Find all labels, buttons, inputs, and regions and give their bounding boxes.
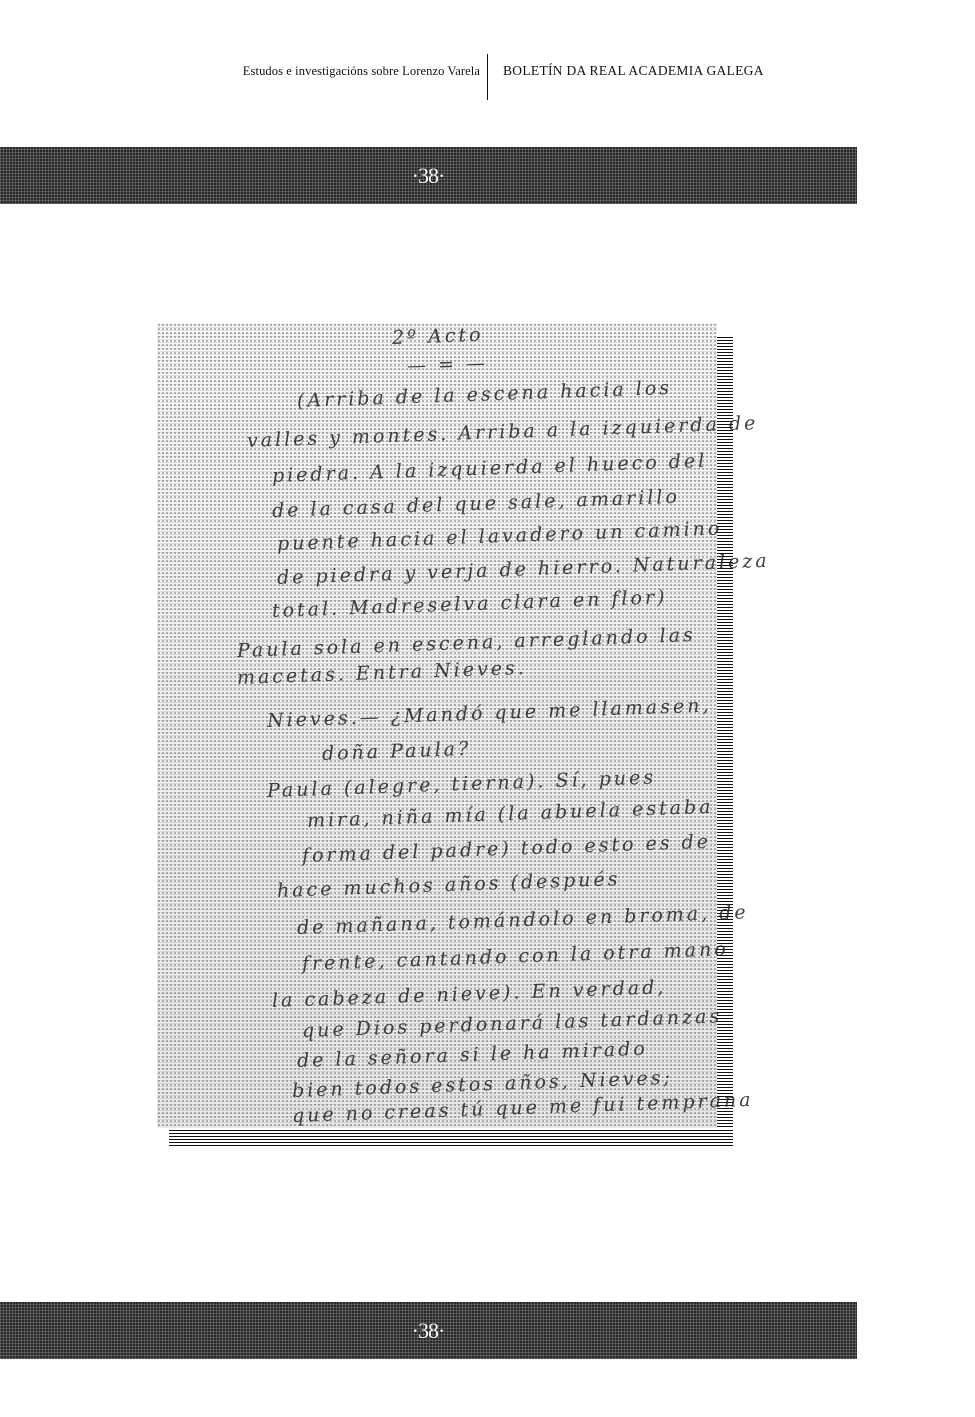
manuscript-line: puente hacia el lavadero un camino xyxy=(277,517,723,555)
manuscript-line: mira, niña mía (la abuela estaba xyxy=(307,796,714,832)
manuscript-line: total. Madreselva clara en flor) xyxy=(272,586,668,622)
manuscript-line: forma del padre) todo esto es de xyxy=(302,831,712,867)
manuscript-line: doña Paula? xyxy=(322,738,472,765)
manuscript-line: que Dios perdonará las tardanzas xyxy=(302,1005,723,1042)
manuscript-line: hace muchos años (después xyxy=(277,868,621,902)
bottom-page-number-band: ·38· xyxy=(0,1302,857,1359)
manuscript-facsimile: 2º Acto— = —(Arriba de la escena hacia l… xyxy=(157,323,733,1148)
manuscript-line: Nieves.— ¿Mandó que me llamasen, xyxy=(267,694,712,732)
page-number-bottom: ·38· xyxy=(412,1318,445,1344)
manuscript-line: macetas. Entra Nieves. xyxy=(237,657,528,689)
scan-shadow-bottom xyxy=(169,1128,733,1146)
manuscript-line: de piedra y verja de hierro. Naturaleza xyxy=(277,550,770,589)
manuscript-line: Paula sola en escena, arreglando las xyxy=(237,624,696,662)
manuscript-line: piedra. A la izquierda el hueco del xyxy=(272,450,708,487)
manuscript-line: la cabeza de nieve). En verdad, xyxy=(272,976,667,1012)
running-head-divider xyxy=(487,54,488,100)
manuscript-line: de la casa del que sale, amarillo xyxy=(272,486,681,522)
manuscript-line: frente, cantando con la otra mano xyxy=(302,938,729,975)
page-number-top: ·38· xyxy=(412,163,445,189)
running-head-title-left: Estudos e investigacións sobre Lorenzo V… xyxy=(243,64,480,79)
running-head-journal: BOLETÍN DA REAL ACADEMIA GALEGA xyxy=(503,63,764,79)
manuscript-line: de mañana, tomándolo en broma, de xyxy=(297,901,749,939)
top-page-number-band: ·38· xyxy=(0,147,857,204)
manuscript-text: 2º Acto— = —(Arriba de la escena hacia l… xyxy=(157,323,717,1128)
manuscript-line: — = — xyxy=(407,352,489,377)
running-head: Estudos e investigacións sobre Lorenzo V… xyxy=(0,52,975,100)
manuscript-line: (Arriba de la escena hacia los xyxy=(297,377,673,412)
manuscript-line: 2º Acto xyxy=(392,324,484,349)
manuscript-line: de la señora si le ha mirado xyxy=(297,1038,649,1072)
manuscript-line: Paula (alegre, tierna). Sí, pues xyxy=(267,766,657,802)
manuscript-line: valles y montes. Arriba a la izquierda d… xyxy=(247,412,759,452)
